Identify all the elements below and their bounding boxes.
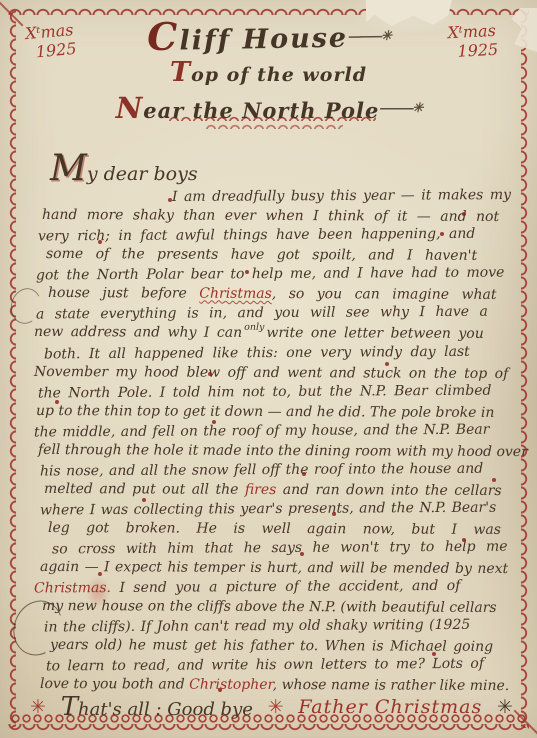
letter-line: years old) he must get his father to. Wh… bbox=[50, 635, 515, 657]
snowflake-icon: ✳ bbox=[30, 696, 46, 718]
red-ink-dot bbox=[142, 498, 146, 502]
letter-text: house just before bbox=[48, 284, 199, 301]
letter-text: to learn to read, and write his own lett… bbox=[46, 656, 484, 675]
letter-line: up to the thin top to get it down — and … bbox=[36, 401, 515, 423]
letter-text: I send you a picture of the accident, an… bbox=[111, 578, 460, 596]
red-ink-dot bbox=[55, 400, 59, 404]
letter-text: hand more shaky than ever when I think o… bbox=[42, 206, 499, 224]
red-ink-dot bbox=[462, 538, 466, 542]
snowflake-icon: ✳ bbox=[268, 696, 284, 718]
letter-text: , whose name is rather like mine. bbox=[273, 676, 510, 693]
red-ink-dot bbox=[332, 512, 336, 516]
red-ink-dot bbox=[302, 472, 306, 476]
letter-text: melted and put out all the bbox=[44, 480, 245, 497]
letter-text: and ran down into the cellars bbox=[276, 481, 501, 498]
letter-line: in the cliffs). If John can't read my ol… bbox=[44, 616, 515, 638]
border-right bbox=[521, 10, 532, 728]
red-ink-dot bbox=[218, 688, 222, 692]
red-ink-dot bbox=[440, 232, 444, 236]
letter-text: in the cliffs). If John can't read my ol… bbox=[44, 617, 470, 636]
letter-text: got the North Polar bear to help me, and… bbox=[36, 265, 504, 284]
letterhead-line-3: Near the North Pole———✳ bbox=[60, 91, 477, 125]
red-ink-word: Christmas bbox=[199, 285, 272, 301]
letter-line: melted and put out all the fires and ran… bbox=[44, 479, 515, 501]
red-ink-word: Christopher bbox=[189, 676, 273, 692]
letter-line: hand more shaky than ever when I think o… bbox=[42, 205, 515, 227]
letter-text: again — I expect his temper is hurt, and… bbox=[40, 558, 508, 576]
letter-text: leg got broken. He is well again now, bu… bbox=[48, 519, 501, 537]
signature: Father Christmas bbox=[298, 696, 482, 718]
letter-line: to learn to read, and write his own lett… bbox=[46, 655, 515, 677]
letter-line: his nose, and all the snow fell off the … bbox=[40, 460, 515, 482]
letter-line: I am dreadfully busy this year — it make… bbox=[172, 186, 515, 208]
red-ink-dot bbox=[98, 240, 102, 244]
letter-text: November my hood blew off and went and s… bbox=[34, 363, 508, 381]
address-line: Cliff House bbox=[147, 11, 349, 59]
letter-text: the middle, and fell on the roof of my h… bbox=[34, 422, 489, 441]
red-ink-dot bbox=[208, 372, 212, 376]
letter-line: so cross with him that he says he won't … bbox=[52, 538, 515, 560]
letter-text: years old) he must get his father to. Wh… bbox=[50, 636, 493, 654]
inserted-word: only bbox=[244, 321, 264, 332]
pen-flourish: ———✳ bbox=[348, 29, 390, 45]
red-ink-dot bbox=[462, 212, 466, 216]
letter-line: new address and why I canonlywrite one l… bbox=[34, 322, 515, 345]
pen-flourish: ———✳ bbox=[379, 101, 421, 116]
letter-line: where I was collecting this year's prese… bbox=[40, 499, 515, 521]
letter-text: fell through the hole it made into the d… bbox=[38, 441, 528, 459]
letter-page: Xᵗmas 1925 Xᵗmas 1925 Cliff House———✳ To… bbox=[0, 0, 537, 738]
red-ink-dot bbox=[432, 652, 436, 656]
letter-text: very rich; in fact awful things have bee… bbox=[38, 226, 475, 245]
letter-text: love to you both and bbox=[40, 675, 189, 692]
letter-line: the North Pole. I told him not to, but t… bbox=[38, 382, 515, 404]
letterhead-line-1: Cliff House———✳ bbox=[60, 8, 478, 60]
red-ink-word: Christmas. bbox=[34, 580, 111, 596]
red-ink-dot bbox=[245, 270, 249, 274]
letter-text: a state everything is in, and you will s… bbox=[36, 304, 488, 323]
red-ink-dot bbox=[492, 478, 496, 482]
closing-text: That's all : Good bye bbox=[61, 692, 253, 722]
letter-text: new address and why I can bbox=[34, 323, 242, 340]
red-ink-word: fires bbox=[245, 481, 277, 497]
letter-text: both. It all happened like this: one ver… bbox=[44, 344, 470, 363]
letter-text: the North Pole. I told him not to, but t… bbox=[38, 383, 492, 402]
letter-line: got the North Polar bear to help me, and… bbox=[36, 264, 515, 286]
red-ink-dot bbox=[300, 552, 304, 556]
letter-line: some of the presents have got spoilt, an… bbox=[46, 244, 515, 266]
letter-body: I am dreadfully busy this year — it make… bbox=[34, 187, 515, 695]
letter-text: I am dreadfully busy this year — it make… bbox=[172, 187, 511, 205]
letter-line: Christmas. I send you a picture of the a… bbox=[34, 577, 515, 599]
letter-line: a state everything is in, and you will s… bbox=[36, 303, 515, 325]
letter-line: fell through the hole it made into the d… bbox=[38, 440, 515, 462]
letter-text: write one letter between you bbox=[266, 324, 483, 341]
letter-line: November my hood blew off and went and s… bbox=[34, 362, 515, 384]
letter-text: so cross with him that he says he won't … bbox=[52, 539, 508, 558]
red-ink-dot bbox=[98, 572, 102, 576]
letter-line: both. It all happened like this: one ver… bbox=[44, 343, 515, 365]
letter-line: my new house on the cliffs above the N.P… bbox=[42, 596, 515, 618]
letter-line: the middle, and fell on the roof of my h… bbox=[34, 421, 515, 443]
letter-text: his nose, and all the snow fell off the … bbox=[40, 461, 483, 480]
letter-text: where I was collecting this year's prese… bbox=[40, 500, 496, 519]
letter-text: , so you can imagine what bbox=[272, 285, 497, 302]
closing-line: ✳ That's all : Good bye ✳ Father Christm… bbox=[30, 692, 513, 722]
letter-text: up to the thin top to get it down — and … bbox=[36, 402, 494, 420]
letterhead: Cliff House———✳ Top of the world Near th… bbox=[60, 12, 477, 125]
letter-text: some of the presents have got spoilt, an… bbox=[46, 245, 477, 263]
letter-text: my new house on the cliffs above the N.P… bbox=[42, 597, 497, 615]
address-line: Near the North Pole bbox=[116, 91, 380, 125]
red-ink-dot bbox=[385, 362, 389, 366]
letter-line: very rich; in fact awful things have bee… bbox=[38, 225, 515, 247]
address-line: Top of the world bbox=[170, 57, 367, 88]
border-bottom bbox=[8, 724, 529, 735]
red-ink-dot bbox=[168, 198, 172, 202]
snowflake-icon: ✳ bbox=[497, 696, 513, 718]
red-ink-dot bbox=[212, 420, 216, 424]
letter-line: house just before Christmas, so you can … bbox=[48, 283, 515, 305]
salutation: My dear boys bbox=[50, 148, 198, 189]
letterhead-line-2: Top of the world bbox=[60, 57, 477, 88]
letter-line: again — I expect his temper is hurt, and… bbox=[40, 557, 515, 579]
letter-line: leg got broken. He is well again now, bu… bbox=[48, 518, 515, 540]
